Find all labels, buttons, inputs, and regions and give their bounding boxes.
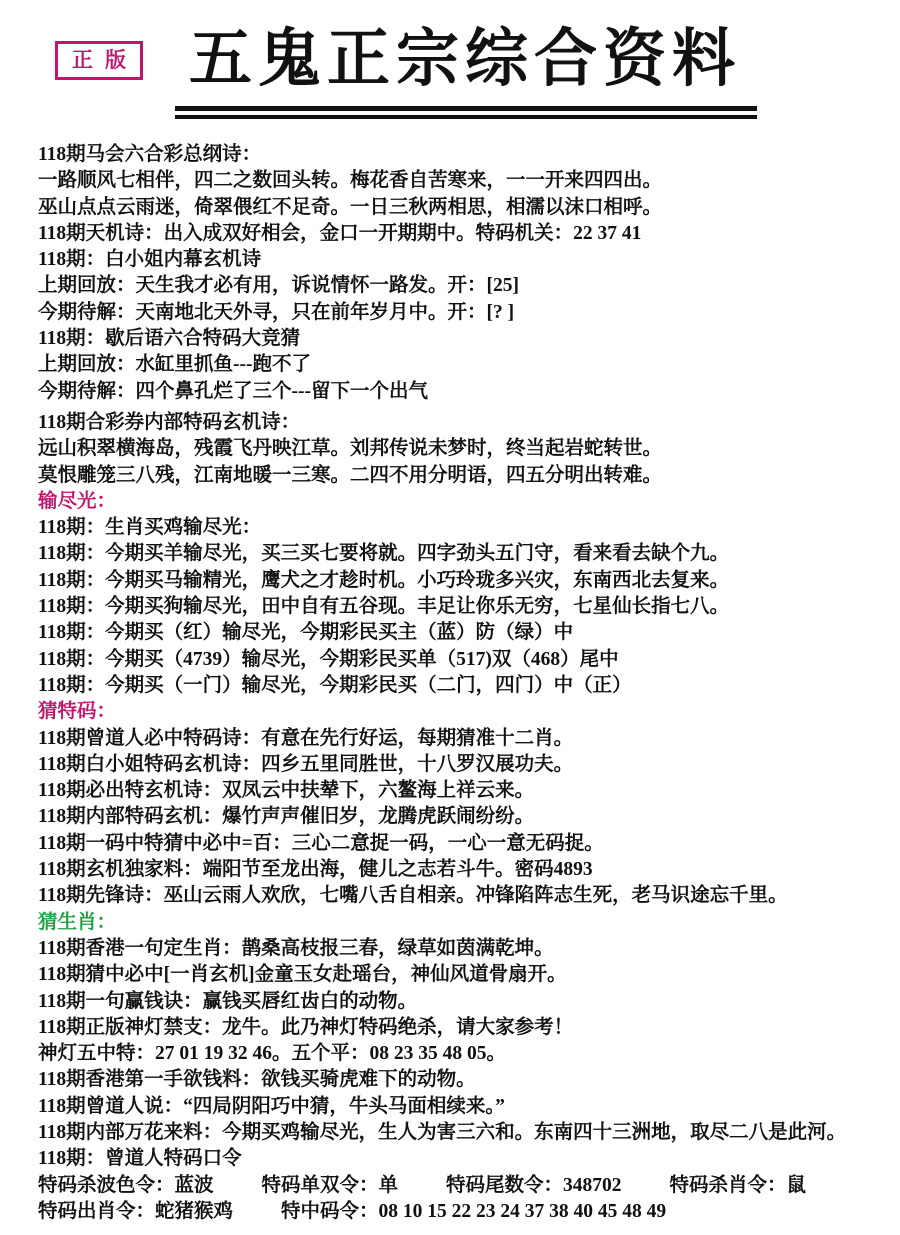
text-line: 118期合彩券内部特码玄机诗： — [38, 410, 890, 436]
text-line: 118期：今期买狗输尽光，田中自有五谷现。丰足让你乐无穷，七星仙长指七八。 — [38, 594, 890, 620]
text-line: 118期：今期买羊输尽光，买三买七要将就。四字劲头五门守，看来看去缺个九。 — [38, 541, 890, 567]
text-line: 118期内部万花来料：今期买鸡输尽光，生人为害三六和。东南四十三洲地，取尽二八是… — [38, 1120, 890, 1146]
text-line: 118期：今期买（4739）输尽光，今期彩民买单（517)双（468）尾中 — [38, 647, 890, 673]
command-segment: 特中码令：08 10 15 22 23 24 37 38 40 45 48 49 — [281, 1199, 666, 1226]
text-line: 118期猜中必中[一肖玄机]金童玉女赴瑶台，神仙风道骨扇开。 — [38, 962, 890, 988]
text-line: 远山积翠横海岛，残霞飞丹映江草。刘邦传说未梦时，终当起岩蛇转世。 — [38, 436, 890, 462]
text-line: 118期：今期买（红）输尽光，今期彩民买主（蓝）防（绿）中 — [38, 620, 890, 646]
text-line: 118期：今期买（一门）输尽光，今期彩民买（二门，四门）中（正） — [38, 673, 890, 699]
text-line: 118期正版神灯禁支：龙牛。此乃神灯特码绝杀，请大家参考！ — [38, 1015, 890, 1041]
text-line: 118期白小姐特码玄机诗：四乡五里同胜世，十八罗汉展功夫。 — [38, 752, 890, 778]
text-line: 上期回放：天生我才必有用，诉说情怀一路发。开：[25] — [38, 273, 890, 299]
section-header-line: 猜特码： — [38, 699, 890, 725]
command-segment: 特码杀波色令：蓝波 — [38, 1173, 214, 1200]
text-line: 118期马会六合彩总纲诗： — [38, 142, 890, 168]
text-line: 118期曾道人必中特码诗：有意在先行好运，每期猜准十二肖。 — [38, 726, 890, 752]
text-line: 118期：曾道人特码口令 — [38, 1146, 890, 1172]
text-line: 118期：白小姐内幕玄机诗 — [38, 247, 890, 273]
special-code-command-row: 特码出肖令：蛇猪猴鸡特中码令：08 10 15 22 23 24 37 38 4… — [38, 1199, 890, 1226]
text-line: 118期玄机独家料：端阳节至龙出海，健儿之志若斗牛。密码4893 — [38, 857, 890, 883]
underline-bar-bottom — [175, 115, 757, 119]
text-line: 今期待解：天南地北天外寻，只在前年岁月中。开：[? ] — [38, 300, 890, 326]
text-line: 巫山点点云雨迷，倚翠偎红不足奇。一日三秋两相思，相濡以沫口相呼。 — [38, 195, 890, 221]
command-segment: 特码杀肖令：鼠 — [670, 1173, 807, 1200]
title-double-underline — [175, 106, 757, 119]
text-line: 118期：今期买马输精光，鹰犬之才趁时机。小巧玲珑多兴灾，东南西北去复来。 — [38, 568, 890, 594]
text-line: 118期一句赢钱诀：赢钱买唇红齿白的动物。 — [38, 989, 890, 1015]
special-code-command-row: 特码杀波色令：蓝波特码单双令：单特码尾数令：348702特码杀肖令：鼠 — [38, 1173, 890, 1200]
text-line: 118期香港一句定生肖：鹊桑高枝报三春，绿草如茵满乾坤。 — [38, 936, 890, 962]
text-line: 118期曾道人说：“四局阴阳巧中猜，牛头马面相续来。” — [38, 1094, 890, 1120]
underline-bar-top — [175, 106, 757, 111]
page-title: 五鬼正宗综合资料 — [0, 28, 900, 91]
text-line: 118期必出特玄机诗：双凤云中扶辇下，六鳌海上祥云来。 — [38, 778, 890, 804]
text-line: 118期一码中特猜中必中=百：三心二意捉一码，一心一意无码捉。 — [38, 831, 890, 857]
text-line: 莫恨雕笼三八残，江南地暖一三寒。二四不用分明语，四五分明出转难。 — [38, 463, 890, 489]
text-line: 118期：生肖买鸡输尽光： — [38, 515, 890, 541]
text-line: 118期香港第一手欲钱料：欲钱买骑虎难下的动物。 — [38, 1067, 890, 1093]
text-line: 118期：歇后语六合特码大竞猜 — [38, 326, 890, 352]
text-line: 118期天机诗：出入成双好相会，金口一开期期中。特码机关：22 37 41 — [38, 221, 890, 247]
text-line: 神灯五中特：27 01 19 32 46。五个平：08 23 35 48 05。 — [38, 1041, 890, 1067]
command-segment: 特码出肖令：蛇猪猴鸡 — [38, 1199, 233, 1226]
section-header-line: 输尽光： — [38, 489, 890, 515]
section-header-line: 猜生肖： — [38, 910, 890, 936]
text-line: 118期先锋诗：巫山云雨人欢欣，七嘴八舌自相亲。冲锋陷阵志生死，老马识途忘千里。 — [38, 883, 890, 909]
text-line: 今期待解：四个鼻孔烂了三个---留下一个出气 — [38, 379, 890, 405]
text-line: 118期内部特码玄机：爆竹声声催旧岁，龙腾虎跃闹纷纷。 — [38, 804, 890, 830]
text-line: 一路顺风七相伴，四二之数回头转。梅花香自苦寒来，一一开来四四出。 — [38, 168, 890, 194]
text-line: 上期回放：水缸里抓鱼---跑不了 — [38, 352, 890, 378]
command-segment: 特码尾数令：348702 — [446, 1173, 622, 1200]
command-segment: 特码单双令：单 — [262, 1173, 399, 1200]
lottery-info-text-block: 118期马会六合彩总纲诗：一路顺风七相伴，四二之数回头转。梅花香自苦寒来，一一开… — [38, 142, 890, 1226]
